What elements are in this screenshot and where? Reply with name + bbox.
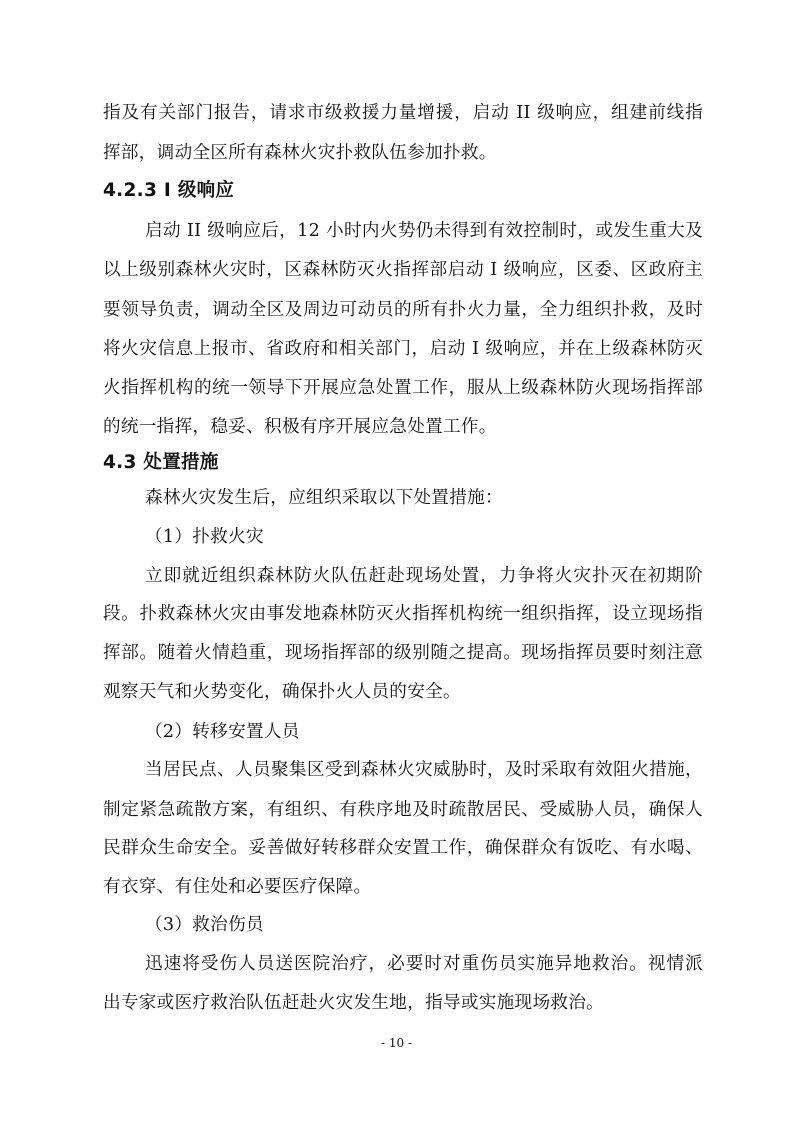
paragraph-line: 立即就近组织森林防火队伍赶赴现场处置，力争将火灾扑灭在初期阶 (145, 564, 703, 588)
paragraph-line: 指及有关部门报告，请求市级救援力量增援，启动 II 级响应，组建前线指 (103, 101, 703, 125)
paragraph-line: 观察天气和火势变化，确保扑火人员的安全。 (103, 680, 703, 704)
paragraph-line: 火指挥机构的统一领导下开展应急处置工作，服从上级森林防火现场指挥部 (103, 376, 703, 400)
paragraph-line: 的统一指挥，稳妥、积极有序开展应急处置工作。 (103, 415, 703, 439)
paragraph-line: 挥部。随着火情趋重，现场指挥部的级别随之提高。现场指挥员要时刻注意 (103, 641, 703, 665)
paragraph-line: 迅速将受伤人员送医院治疗，必要时对重伤员实施异地救治。视情派 (145, 952, 703, 976)
paragraph-line: （1）扑救火灾 (145, 525, 703, 549)
section-heading: 4.3 处置措施 (103, 451, 703, 475)
paragraph-line: 要领导负责，调动全区及周边可动员的所有扑火力量，全力组织扑救，及时 (103, 298, 703, 322)
paragraph-line: 有衣穿、有住处和必要医疗保障。 (103, 875, 703, 899)
section-heading: 4.2.3 I 级响应 (103, 179, 703, 203)
paragraph-line: 启动 II 级响应后，12 小时内火势仍未得到有效控制时，或发生重大及 (145, 219, 703, 243)
paragraph-line: （2）转移安置人员 (145, 720, 703, 744)
paragraph-line: （3）救治伤员 (145, 913, 703, 937)
paragraph-line: 制定紧急疏散方案，有组织、有秩序地及时疏散居民、受威胁人员，确保人 (103, 798, 703, 822)
paragraph-line: 将火灾信息上报市、省政府和相关部门，启动 I 级响应，并在上级森林防灭 (103, 337, 703, 361)
page-number: - 10 - (0, 1036, 793, 1050)
paragraph-line: 挥部，调动全区所有森林火灾扑救队伍参加扑救。 (103, 141, 703, 165)
paragraph-line: 出专家或医疗救治队伍赶赴火灾发生地，指导或实施现场救治。 (103, 991, 703, 1015)
paragraph-line: 以上级别森林火灾时，区森林防灭火指挥部启动 I 级响应，区委、区政府主 (103, 258, 703, 282)
paragraph-line: 森林火灾发生后，应组织采取以下处置措施： (145, 486, 703, 510)
paragraph-line: 段。扑救森林火灾由事发地森林防灭火指挥机构统一组织指挥，设立现场指 (103, 602, 703, 626)
paragraph-line: 当居民点、人员聚集区受到森林火灾威胁时，及时采取有效阻火措施， (145, 758, 703, 782)
paragraph-line: 民群众生命安全。妥善做好转移群众安置工作，确保群众有饭吃、有水喝、 (103, 836, 703, 860)
